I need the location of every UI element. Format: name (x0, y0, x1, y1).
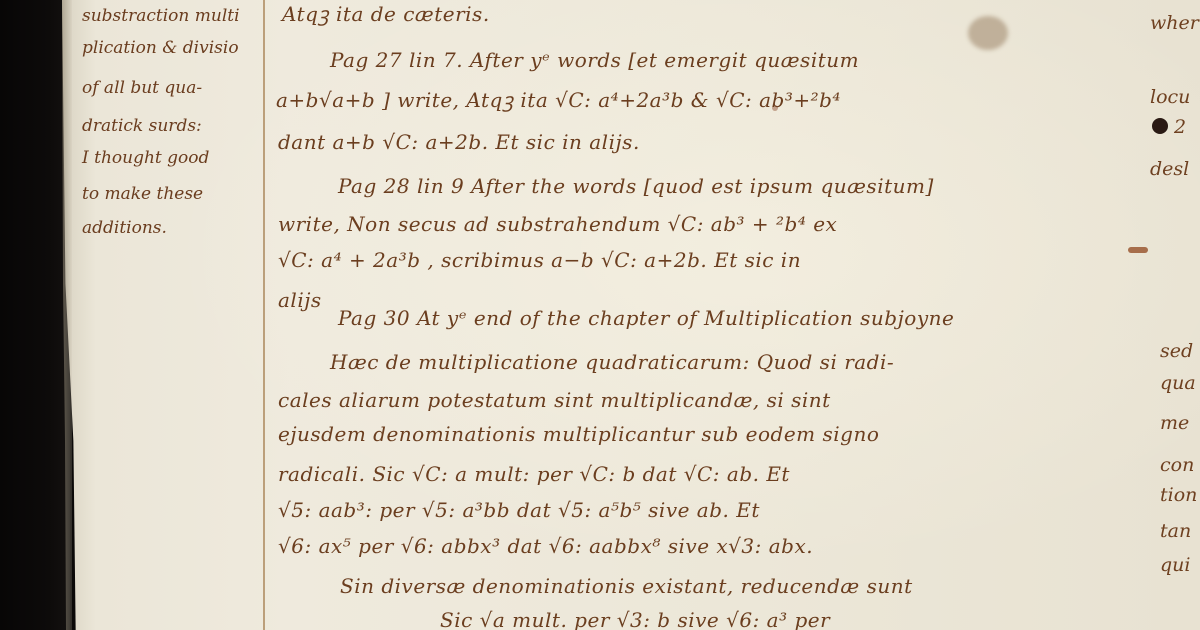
facing-line: desl (1150, 160, 1189, 179)
facing-line: wher (1150, 14, 1199, 33)
text-line: Pag 30 At yᵉ end of the chapter of Multi… (338, 308, 954, 328)
text-line: write, Non secus ad substrahendum √C: ab… (278, 214, 837, 234)
text-line: Sin diversæ denominationis existant, red… (340, 576, 913, 596)
margin-line: plication & divisio (82, 40, 239, 57)
facing-line: tan (1160, 522, 1191, 541)
ink-stain (968, 16, 1008, 50)
text-line: Pag 27 lin 7. After yᵉ words [et emergit… (330, 50, 859, 70)
margin-line: additions. (82, 220, 167, 237)
ink-mark (1128, 247, 1148, 253)
facing-line: me (1160, 414, 1189, 433)
text-line: alijs (278, 290, 322, 310)
text-line: √6: ax⁵ per √6: abbx³ dat √6: aabbx⁸ siv… (278, 536, 813, 556)
margin-line: substraction multi (82, 8, 240, 25)
text-line: Hæc de multiplicatione quadraticarum: Qu… (330, 352, 894, 372)
text-line: Sic √a mult. per √3: b sive √6: a³ per (440, 610, 830, 630)
text-line: a+b√a+b ] write, Atqꝫ ita √C: a⁴+2a³b & … (276, 90, 841, 110)
book-binding (0, 0, 70, 630)
margin-line: of all but qua- (82, 80, 202, 97)
text-line: √C: a⁴ + 2a³b , scribimus a−b √C: a+2b. … (278, 250, 801, 270)
text-line: Pag 28 lin 9 After the words [quod est i… (338, 176, 934, 196)
facing-line: locu (1150, 88, 1190, 107)
margin-line: dratick surds: (82, 118, 202, 135)
margin-line: to make these (82, 186, 203, 203)
ink-blot (1152, 118, 1168, 134)
facing-line: con (1160, 456, 1194, 475)
text-line: √5: aab³: per √5: a³bb dat √5: a⁵b⁵ sive… (278, 500, 760, 520)
text-line: cales aliarum potestatum sint multiplica… (278, 390, 831, 410)
text-line: Atqꝫ ita de cæteris. (282, 4, 490, 24)
text-line: radicali. Sic √C: a mult: per √C: b dat … (278, 464, 790, 484)
margin-ruled-line (263, 0, 265, 630)
text-line: ejusdem denominationis multiplicantur su… (278, 424, 879, 444)
text-line: dant a+b √C: a+2b. Et sic in alijs. (278, 132, 640, 152)
facing-line: sed (1160, 342, 1193, 361)
facing-line: 2 (1174, 118, 1186, 137)
facing-line: qua (1160, 374, 1196, 393)
margin-line: I thought good (82, 150, 209, 167)
facing-line: qui (1160, 556, 1190, 575)
facing-line: tion (1160, 486, 1197, 505)
